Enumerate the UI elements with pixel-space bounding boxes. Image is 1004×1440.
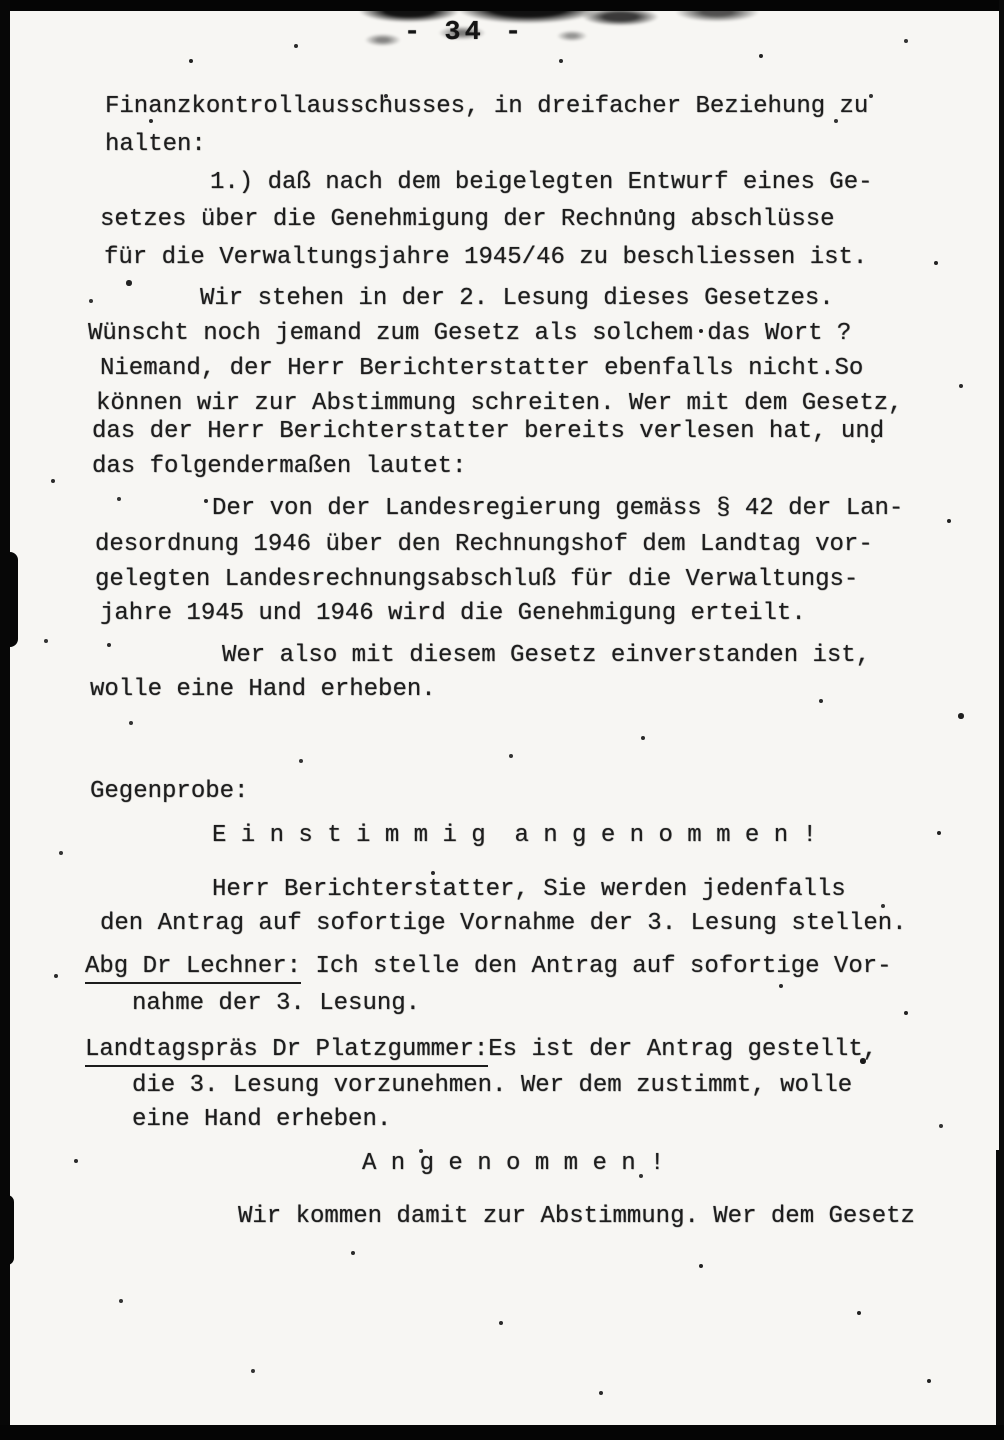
text-segment: die 3. Lesung vorzunehmen. Wer dem zusti… [132,1072,852,1099]
text-line: Landtagspräs Dr Platzgummer:Es ist der A… [85,1038,877,1062]
text-segment: das folgendermaßen lautet: [92,453,466,480]
text-segment: jahre 1945 und 1946 wird die Genehmigung… [100,600,806,627]
text-line: können wir zur Abstimmung schreiten. Wer… [96,392,903,416]
speaker-name: Landtagspräs Dr Platzgummer: [85,1036,488,1067]
text-line: das der Herr Berichterstatter bereits ve… [92,420,884,444]
text-line: gelegten Landesrechnungsabschluß für die… [95,568,858,592]
text-segment: halten: [105,131,206,158]
text-line: Herr Berichterstatter, Sie werden jedenf… [212,878,846,902]
speaker-name: Abg Dr Lechner: [85,953,301,984]
text-segment: Wir stehen in der 2. Lesung dieses Geset… [200,285,834,312]
text-line: Abg Dr Lechner: Ich stelle den Antrag au… [85,955,892,979]
text-line: Wünscht noch jemand zum Gesetz als solch… [88,322,851,346]
text-line: eine Hand erheben. [132,1108,391,1132]
text-line: A n g e n o m m e n ! [362,1152,664,1176]
text-segment: Finanzkontrollausschusses, in dreifacher… [105,93,868,120]
text-line: das folgendermaßen lautet: [92,455,466,479]
text-line: desordnung 1946 über den Rechnungshof de… [95,533,873,557]
text-line: den Antrag auf sofortige Vornahme der 3.… [100,912,907,936]
text-segment: gelegten Landesrechnungsabschluß für die… [95,566,858,593]
text-line: Niemand, der Herr Berichterstatter ebenf… [100,357,863,381]
text-segment: setzes über die Genehmigung der Rechnung… [100,206,835,233]
text-segment: den Antrag auf sofortige Vornahme der 3.… [100,910,907,937]
text-segment: nahme der 3. Lesung. [132,990,420,1017]
text-segment: Wer also mit diesem Gesetz einverstanden… [222,642,870,669]
text-segment: eine Hand erheben. [132,1106,391,1133]
text-line: jahre 1945 und 1946 wird die Genehmigung… [100,602,806,626]
scan-noise [0,0,2,2]
text-line: E i n s t i m m i g a n g e n o m m e n … [212,824,817,848]
text-segment: desordnung 1946 über den Rechnungshof de… [95,531,873,558]
text-segment: wolle eine Hand erheben. [90,676,436,703]
text-line: für die Verwaltungsjahre 1945/46 zu besc… [104,246,867,270]
text-line: Der von der Landesregierung gemäss § 42 … [212,497,903,521]
text-segment: E i n s t i m m i g a n g e n o m m e n … [212,822,817,849]
text-line: halten: [105,133,206,157]
text-segment: Es ist der Antrag gestellt, [488,1036,877,1063]
text-line: Wer also mit diesem Gesetz einverstanden… [222,644,870,668]
text-segment: können wir zur Abstimmung schreiten. Wer… [96,390,903,417]
text-segment: Wünscht noch jemand zum Gesetz als solch… [88,320,851,347]
text-line: nahme der 3. Lesung. [132,992,420,1016]
text-line: die 3. Lesung vorzunehmen. Wer dem zusti… [132,1074,852,1098]
text-segment: das der Herr Berichterstatter bereits ve… [92,418,884,445]
text-segment: 1.) daß nach dem beigelegten Entwurf ein… [210,169,873,196]
text-line: setzes über die Genehmigung der Rechnung… [100,208,835,232]
text-segment: A n g e n o m m e n ! [362,1150,664,1177]
text-line: 1.) daß nach dem beigelegten Entwurf ein… [210,171,873,195]
text-line: Gegenprobe: [90,780,248,804]
text-line: Finanzkontrollausschusses, in dreifacher… [105,95,868,119]
text-line: Wir stehen in der 2. Lesung dieses Geset… [200,287,834,311]
text-segment: Herr Berichterstatter, Sie werden jedenf… [212,876,846,903]
text-segment: Ich stelle den Antrag auf sofortige Vor- [301,953,892,980]
text-segment: Der von der Landesregierung gemäss § 42 … [212,495,903,522]
text-segment: für die Verwaltungsjahre 1945/46 zu besc… [104,244,867,271]
text-line: Wir kommen damit zur Abstimmung. Wer dem… [238,1205,915,1229]
text-segment: Gegenprobe: [90,778,248,805]
text-segment: Wir kommen damit zur Abstimmung. Wer dem… [238,1203,915,1230]
text-segment: Niemand, der Herr Berichterstatter ebenf… [100,355,863,382]
text-line: wolle eine Hand erheben. [90,678,436,702]
document-text: Finanzkontrollausschusses, in dreifacher… [0,0,1004,1440]
scanned-document-page: - 34 - Finanzkontrollausschusses, in dre… [0,0,1004,1440]
